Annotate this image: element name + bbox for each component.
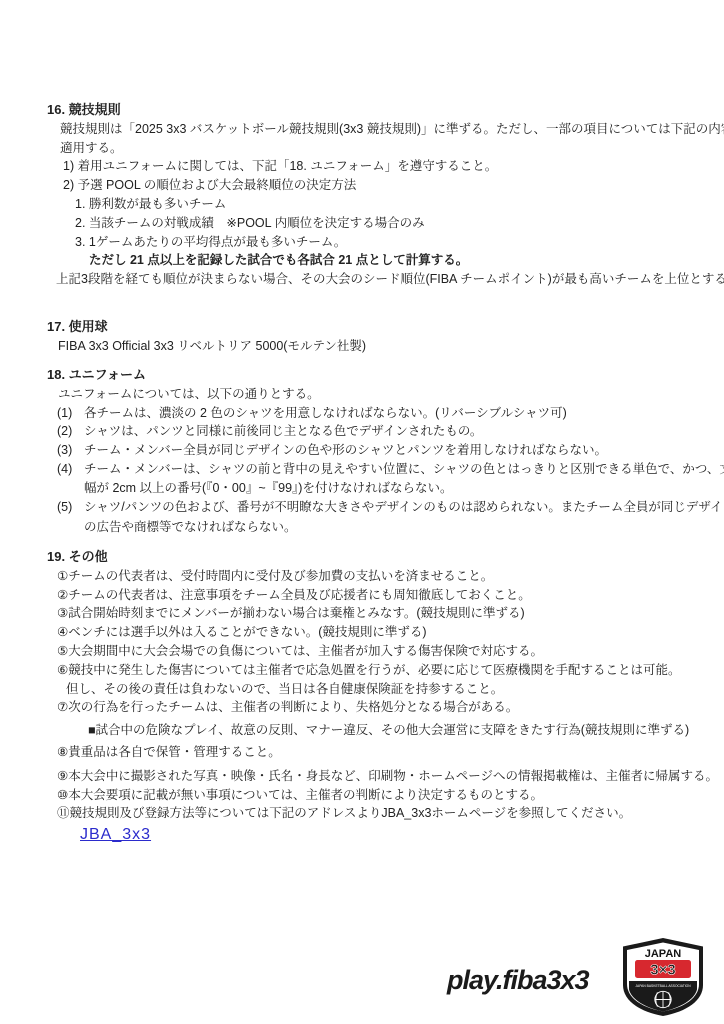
other-rule-item: ③試合開始時刻までにメンバーが揃わない場合は棄権とみなす。(競技規則に準ずる) (57, 604, 714, 623)
item-text: チーム・メンバーは、シャツの前と背中の見えやすい位置に、シャツの色とはっきりと区… (84, 460, 724, 479)
japan-3x3-badge-logo: JAPAN 3×3 JAPAN BASKETBALL ASSOCIATION (619, 937, 707, 1017)
document-page: 16. 競技規則 競技規則は「2025 3x3 バスケットボール競技規則(3x3… (0, 0, 724, 1024)
item-text-continuation: の広告や商標等でなければならない。 (84, 518, 724, 537)
other-rule-item: ⑪競技規則及び登録方法等については下記のアドレスよりJBA_3x3ホームページを… (57, 804, 714, 823)
section-19-heading: 19. その他 (47, 548, 714, 567)
item-text: シャツ/パンツの色および、番号が不明瞭な大きさやデザインのものは認められない。ま… (84, 498, 724, 517)
section-16-subitem: 3. 1ゲームあたりの平均得点が最も多いチーム。 (75, 233, 714, 252)
section-16-item: 2) 予選 POOL の順位および大会最終順位の決定方法 (63, 176, 714, 195)
other-rule-item: ①チームの代表者は、受付時間内に受付及び参加費の支払いを済ませること。 (57, 567, 714, 586)
uniform-rule-item: (4) チーム・メンバーは、シャツの前と背中の見えやすい位置に、シャツの色とはっ… (57, 460, 714, 498)
uniform-rule-item: (3) チーム・メンバー全員が同じデザインの色や形のシャツとパンツを着用しなけれ… (57, 441, 714, 460)
item-number: (4) (57, 460, 84, 498)
badge-association-text: JAPAN BASKETBALL ASSOCIATION (635, 984, 691, 988)
disqualification-bullet: ■試合中の危険なプレイ、故意の反則、マナー違反、その他大会運営に支障をきたす行為… (88, 721, 714, 740)
section-18-intro: ユニフォームについては、以下の通りとする。 (58, 385, 714, 404)
other-rule-item: ⑩本大会要項に記載が無い事項については、主催者の判断により決定するものとする。 (57, 786, 714, 805)
section-17-heading: 17. 使用球 (47, 318, 714, 337)
item-text: チーム・メンバー全員が同じデザインの色や形のシャツとパンツを着用しなければならな… (84, 441, 607, 460)
other-rule-item: ②チームの代表者は、注意事項をチーム全員及び応援者にも周知徹底しておくこと。 (57, 586, 714, 605)
item-text-continuation: 幅が 2cm 以上の番号(『0・00』~『99』)を付けなければならない。 (84, 479, 724, 498)
item-number: (5) (57, 498, 84, 537)
section-16-subitem: 1. 勝利数が最も多いチーム (75, 195, 714, 214)
item-number: (2) (57, 422, 84, 441)
play-fiba3x3-logo: play.fiba3x3 (447, 965, 589, 996)
item-text: 各チームは、濃淡の 2 色のシャツを用意しなければならない。(リバーシブルシャツ… (84, 404, 567, 423)
other-rule-item: ⑧貴重品は各自で保管・管理すること。 (57, 743, 714, 762)
other-rule-item: ⑤大会期間中に大会会場での負傷については、主催者が加入する傷害保険で対応する。 (57, 642, 714, 661)
item-text: シャツは、パンツと同様に前後同じ主となる色でデザインされたもの。 (84, 422, 482, 441)
section-17-body: FIBA 3x3 Official 3x3 リベルトリア 5000(モルテン社製… (58, 337, 714, 356)
badge-3x3-text: 3×3 (650, 962, 675, 979)
section-18: 18. ユニフォーム ユニフォームについては、以下の通りとする。 (1) 各チー… (47, 366, 714, 537)
section-16-bold-note: ただし 21 点以上を記録した試合でも各試合 21 点として計算する。 (89, 251, 714, 270)
section-16-paragraph-line: 適用する。 (60, 139, 714, 158)
section-16-subitem: 2. 当該チームの対戦成績 ※POOL 内順位を決定する場合のみ (75, 214, 714, 233)
other-rule-item: ⑥競技中に発生した傷害については主催者で応急処置を行うが、必要に応じて医療機関を… (57, 661, 714, 680)
other-rule-item: ⑦次の行為を行ったチームは、主催者の判断により、失格処分となる場合がある。 (57, 698, 714, 717)
uniform-rule-item: (5) シャツ/パンツの色および、番号が不明瞭な大きさやデザインのものは認められ… (57, 498, 714, 537)
basketball-icon (655, 991, 671, 1007)
other-rule-item: ④ベンチには選手以外は入ることができない。(競技規則に準ずる) (57, 623, 714, 642)
other-rule-item-continuation: 但し、その後の責任は負わないので、当日は各自健康保険証を持参すること。 (66, 680, 714, 699)
uniform-rule-item: (1) 各チームは、濃淡の 2 色のシャツを用意しなければならない。(リバーシブ… (57, 404, 714, 423)
section-17: 17. 使用球 FIBA 3x3 Official 3x3 リベルトリア 500… (47, 318, 714, 356)
section-19: 19. その他 ①チームの代表者は、受付時間内に受付及び参加費の支払いを済ませる… (47, 548, 714, 823)
section-16-heading: 16. 競技規則 (47, 101, 714, 120)
section-18-heading: 18. ユニフォーム (47, 366, 714, 385)
item-number: (3) (57, 441, 84, 460)
section-16-item: 1) 着用ユニフォームに関しては、下記「18. ユニフォーム」を遵守すること。 (63, 157, 714, 176)
section-16-closing: 上記3段階を経ても順位が決まらない場合、その大会のシード順位(FIBA チームポ… (56, 270, 714, 289)
item-number: (1) (57, 404, 84, 423)
uniform-rule-item: (2) シャツは、パンツと同様に前後同じ主となる色でデザインされたもの。 (57, 422, 714, 441)
section-16-paragraph-line: 競技規則は「2025 3x3 バスケットボール競技規則(3x3 競技規則)」に準… (60, 120, 714, 139)
section-16: 16. 競技規則 競技規則は「2025 3x3 バスケットボール競技規則(3x3… (47, 101, 714, 289)
other-rule-item: ⑨本大会中に撮影された写真・映像・氏名・身長など、印刷物・ホームページへの情報掲… (57, 767, 714, 786)
badge-japan-text: JAPAN (645, 948, 682, 960)
jba-3x3-link[interactable]: JBA_3x3 (80, 826, 151, 844)
